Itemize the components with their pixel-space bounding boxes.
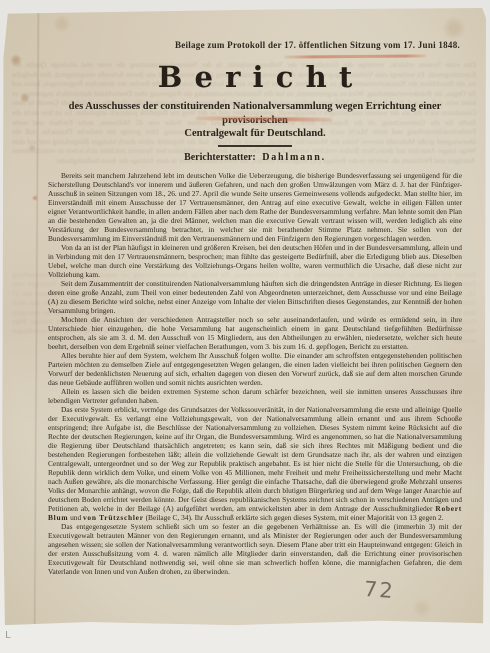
pencil-page-number: 72 [363,577,395,603]
body-paragraph-6: Allein es lassen sich die beiden extreme… [48,387,462,405]
paragraph-text: Von da an ist der Plan häufigst in klein… [48,243,462,279]
title-divider-rule [218,145,292,147]
body-paragraph-8: Das entgegengesetzte System schließt sic… [48,522,462,576]
document-subtitle-line1: des Ausschusses der constituirenden Nati… [48,100,462,127]
reporter-line: Berichterstatter: Dahlmann. [48,152,462,163]
paragraph-text: Seit dem Zusammentritt der constituirend… [48,279,462,315]
document-title: Bericht [48,60,462,94]
paragraph-text: und [68,513,83,522]
document-subtitle-line2: Centralgewalt für Deutschland. [48,127,462,141]
paragraph-text: Mochten die Ansichten der verschiedenen … [48,315,462,351]
body-paragraph-3: Seit dem Zusammentritt der constituirend… [48,279,462,315]
reporter-label: Berichterstatter: [184,152,256,163]
body-paragraph-1: Bereits seit manchem Jahrzehend lebt im … [48,171,462,243]
document-page: Das erste System erblickt, vermöge des G… [2,8,486,632]
scanned-document: Das erste System erblickt, vermöge des G… [0,0,490,653]
body-paragraph-2: Von da an ist der Plan häufigst in klein… [48,243,462,279]
body-paragraph-5: Alles beruhte hier auf dem System, welch… [48,351,462,387]
paragraph-text: Das erste System erblickt, vermöge des G… [48,405,462,513]
pencil-corner-mark: L [5,630,11,641]
emphasized-name-von-truetzschler: von Trützschler [83,513,144,522]
body-paragraph-4: Mochten die Ansichten der verschiedenen … [48,315,462,351]
paragraph-text: Alles beruhte hier auf dem System, welch… [48,351,462,387]
paragraph-text: (Beilage C, 34). Ihr Ausschuß erklärte s… [144,513,444,522]
document-subtitle: des Ausschusses der constituirenden Nati… [48,100,462,141]
report-body: Bereits seit manchem Jahrzehend lebt im … [48,171,462,576]
body-paragraph-7: Das erste System erblickt, vermöge des G… [48,405,462,522]
paragraph-text: Allein es lassen sich die beiden extreme… [48,387,462,405]
paper-fold-line [33,8,40,632]
protocol-header-line: Beilage zum Protokoll der 17. öffentlich… [48,40,460,50]
printed-content: Beilage zum Protokoll der 17. öffentlich… [48,40,462,576]
paragraph-text: Das entgegengesetzte System schließt sic… [48,522,462,576]
reporter-name: Dahlmann. [262,152,326,163]
paragraph-text: Bereits seit manchem Jahrzehend lebt im … [48,171,462,243]
